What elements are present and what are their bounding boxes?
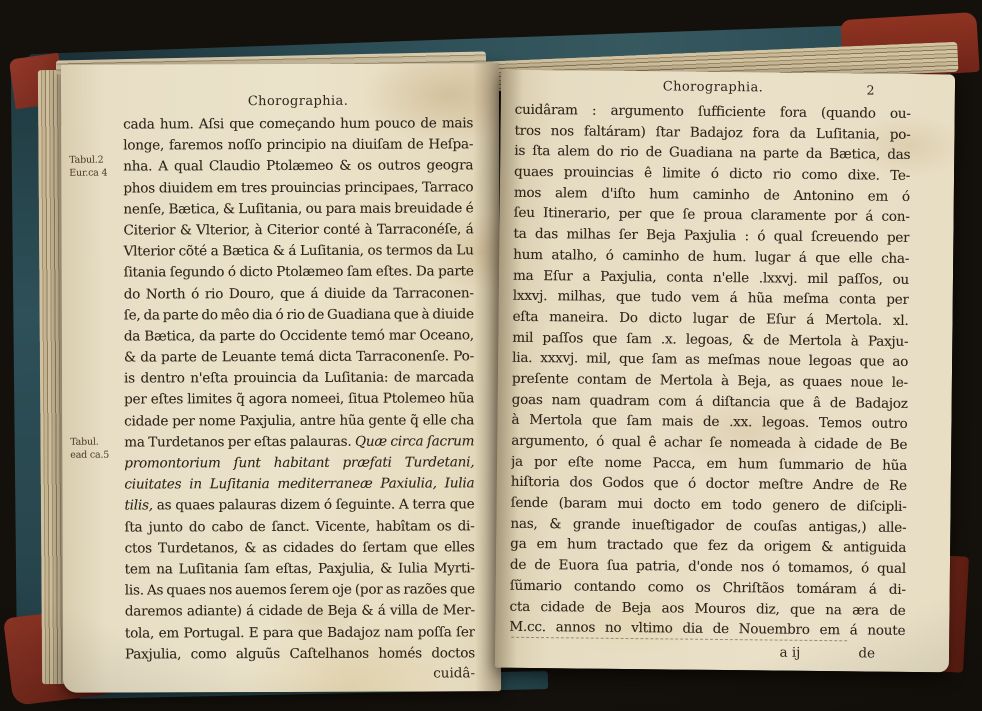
signature-row: a ij de [509, 642, 905, 662]
right-page: Chorographia. 2 cuidâram : argumento ſuf… [495, 70, 955, 673]
text-line: tem na Luſitania ſam eſtas, Paxjulia, & … [125, 558, 475, 580]
catchword-right: de [858, 645, 875, 661]
text-line: phos diuidem em tres prouincias principa… [123, 177, 473, 199]
running-head-left: Chorographia. [123, 93, 473, 109]
text-line: tola, em Portugal. E para que Badajoz na… [125, 622, 475, 644]
text-line: Citerior & Vlterior, à Citerior conté à … [123, 219, 473, 241]
text-line: per eſtes limites q̃ agora nomeei, ſitua… [124, 389, 474, 411]
running-head-right: Chorographia. [663, 79, 764, 95]
text-line: Vlterior cõté a Bætica & á Luſitania, os… [124, 240, 474, 262]
text-line: ctos Turdetanos, & as cidades do ſertam … [125, 537, 475, 559]
margin-note-tabula-ead: Tabul. ead ca.5 [70, 437, 124, 462]
text-line: & da parte de Leuante temá dicta Tarraco… [124, 346, 474, 368]
text-line: ſta junto do cabo de ſanct. Vicente, hab… [124, 516, 474, 538]
margin-note-tabula-2: Tabul.2 Eur.ca 4 [69, 155, 123, 180]
folio-number: 2 [867, 82, 876, 97]
text-line: ciuitates in Luſitania mediterraneæ Paxi… [124, 474, 474, 496]
text-line: do North ó rio Douro, que á diuide da Ta… [124, 283, 474, 305]
text-line: promontorium ſunt habitant præfati Turde… [124, 452, 474, 474]
text-line: ſitania ſegundo ó dicto Ptolæmeo ſam eſt… [124, 262, 474, 284]
margin-note-line: Tabul.2 [69, 155, 123, 168]
right-text-block: cuidâram : argumento ſufficiente fora (q… [509, 100, 911, 642]
text-line: nha. A qual Claudio Ptolæmeo & os outros… [123, 156, 473, 178]
text-line: longe, faremos noſſo principio na diuiſa… [123, 135, 473, 157]
text-line: is dentro n'eſta prouincia da Luſitania:… [124, 368, 474, 390]
margin-note-line: ead ca.5 [70, 449, 124, 462]
text-line: tilis, as quaes palauras dizem ó ſeguint… [124, 495, 474, 517]
margin-note-line: Eur.ca 4 [69, 167, 123, 180]
text-line: da Bætica, da parte do Occidente temó ma… [124, 325, 474, 347]
text-line: cada hum. Aſsi que começando hum pouco d… [123, 113, 473, 135]
catchword-left: cuidâ- [125, 665, 475, 682]
text-line: cidade per nome Paxjulia, antre hũa gent… [124, 410, 474, 432]
signature-mark: a ij [779, 645, 800, 661]
text-line: Paxjulia, como alguũs Caſtelhanos homés … [125, 643, 475, 665]
text-line: lis. As quaes nos auemos ſerem oje (por … [125, 579, 475, 601]
text-line: ma Turdetanos per eſtas palauras. Quæ ci… [124, 431, 474, 453]
text-line: ſe, da parte do mêo dia ó rio de Guadian… [124, 304, 474, 326]
margin-note-line: Tabul. [70, 437, 124, 450]
left-page: Chorographia. Tabul.2 Eur.ca 4 Tabul. ea… [61, 63, 501, 693]
running-head-row: Chorographia. 2 [515, 78, 911, 97]
photo-backdrop: Chorographia. Tabul.2 Eur.ca 4 Tabul. ea… [0, 0, 982, 711]
text-line: nenſe, Bætica, & Luſitania, ou para mais… [123, 198, 473, 220]
left-text-block: cada hum. Aſsi que começando hum pouco d… [123, 113, 475, 665]
text-line: daremos adiante) á cidade de Beja & á vi… [125, 601, 475, 623]
